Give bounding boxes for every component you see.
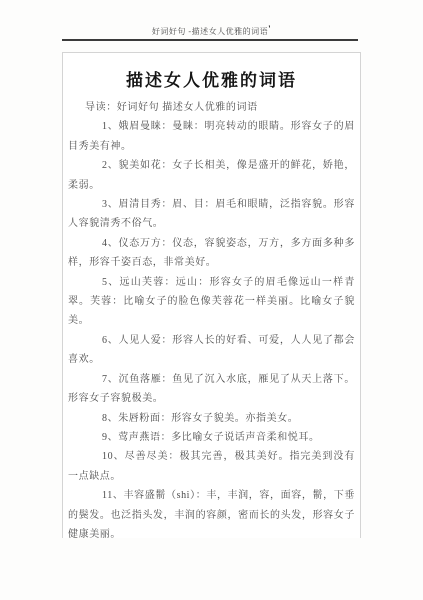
list-item-3: 3、眉清目秀：眉、目：眉毛和眼睛，泛指容貌。形容人容貌清秀不俗气。 — [68, 195, 355, 234]
header-rule — [62, 39, 358, 41]
list-item-6: 6、人见人爱：形容人长的好看、可爱，人人见了都会喜欢。 — [68, 331, 355, 370]
list-item-2: 2、貌美如花：女子长相美，像是盛开的鲜花，娇艳，柔弱。 — [68, 156, 355, 195]
content-box: 描述女人优雅的词语 导读：好词好句 描述女人优雅的词语 1、娥眉曼睐：曼睐：明亮… — [62, 52, 361, 538]
list-item-8: 8、朱唇粉面：形容女子貌美。亦指美女。 — [68, 409, 355, 428]
list-item-1: 1、娥眉曼睐：曼睐：明亮转动的眼睛。形容女子的眉目秀美有神。 — [68, 117, 355, 156]
lead-paragraph: 导读：好词好句 描述女人优雅的词语 — [68, 98, 355, 117]
document-body: 导读：好词好句 描述女人优雅的词语 1、娥眉曼睐：曼睐：明亮转动的眼睛。形容女子… — [63, 98, 360, 538]
running-header-text: 好词好句 -描述女人优雅的词语 — [152, 27, 268, 36]
list-item-7: 7、沉鱼落雁：鱼见了沉入水底，雁见了从天上落下。形容女子容貌极美。 — [68, 370, 355, 409]
list-item-9: 9、莺声燕语：多比喻女子说话声音柔和悦耳。 — [68, 428, 355, 447]
running-header: 好词好句 -描述女人优雅的词语' — [0, 24, 423, 37]
document-page: 好词好句 -描述女人优雅的词语' 描述女人优雅的词语 导读：好词好句 描述女人优… — [0, 0, 423, 600]
list-item-11: 11、丰容盛鬋（shi）：丰，丰润，容，面容，鬋，下垂的鬓发。也泛指头发，丰润的… — [68, 486, 355, 538]
document-title: 描述女人优雅的词语 — [63, 66, 360, 91]
revision-mark: ' — [268, 24, 271, 34]
list-item-4: 4、仪态万方：仪态，容貌姿态，万方，多方面多种多样，形容千姿百态，非常美好。 — [68, 234, 355, 273]
list-item-10: 10、尽善尽美：极其完善，极其美好。指完美到没有一点缺点。 — [68, 447, 355, 486]
list-item-5: 5、远山芙蓉：远山：形容女子的眉毛像远山一样青翠。芙蓉：比喻女子的脸色像芙蓉花一… — [68, 273, 355, 331]
